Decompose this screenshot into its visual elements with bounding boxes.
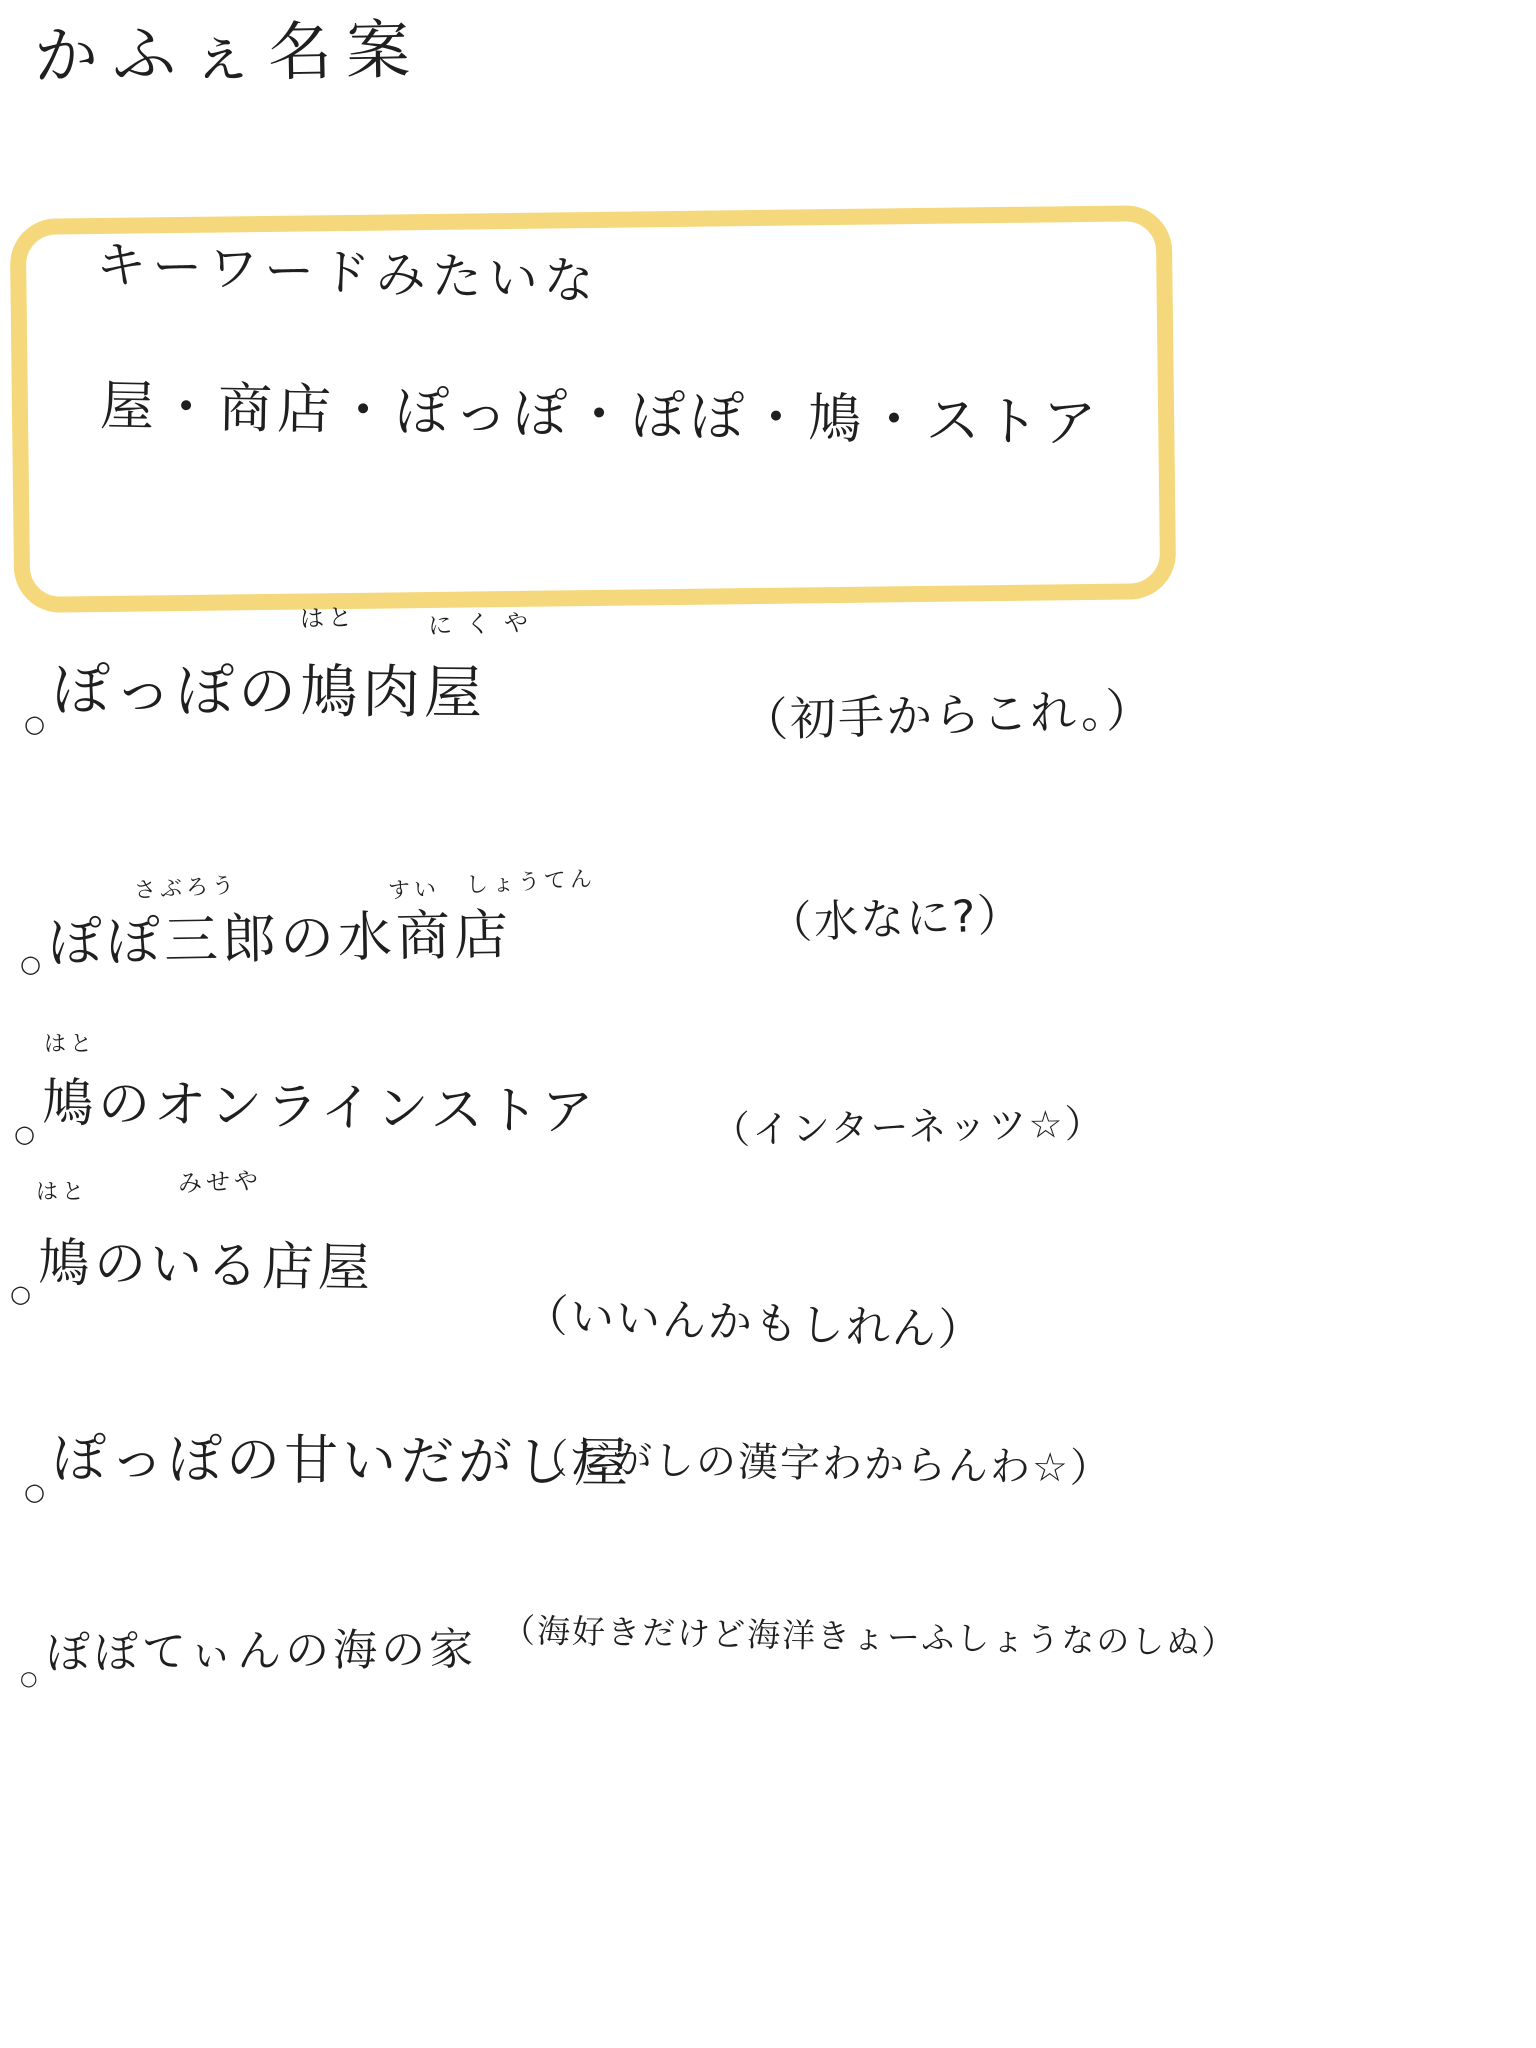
furigana-label: はと <box>300 605 357 631</box>
furigana-label: さぶろう <box>133 875 238 902</box>
furigana-label: はと <box>44 1034 96 1056</box>
handwritten-note-page: かふぇ名案 キーワードみたいな 屋・商店・ぽっぽ・ぽぽ・鳩・ストア はと にくや… <box>0 0 1536 2048</box>
item-note: （いいんかもしれん） <box>523 1294 984 1354</box>
furigana-label: にくや <box>428 610 543 638</box>
item-note: （水なに?） <box>767 894 1024 947</box>
furigana-label: しょうてん <box>466 869 597 898</box>
item-note: （海好きだけど海洋きょーふしょうなのしぬ） <box>502 1614 1237 1660</box>
bullet-icon: ○ <box>24 1480 45 1504</box>
item-main-text: ぽっぽの鳩肉屋 <box>52 660 487 722</box>
item-note: （初手からこれ。） <box>741 687 1154 744</box>
furigana-label: みせや <box>178 1169 263 1196</box>
page-title: かふぇ名案 <box>33 19 424 90</box>
bullet-icon: ○ <box>20 952 41 976</box>
item-main-text: 鳩のいる店屋 <box>38 1237 375 1295</box>
item-note: （インターネッツ☆） <box>712 1105 1105 1150</box>
bullet-icon: ○ <box>24 712 45 736</box>
item-main-text: ぽぽ三郎の水商店 <box>48 908 513 970</box>
furigana-label: はと <box>36 1182 88 1204</box>
bullet-icon: ○ <box>10 1282 31 1306</box>
item-main-text: 鳩のオンラインストア <box>42 1077 598 1139</box>
bullet-icon: ○ <box>14 1122 35 1146</box>
item-main-text: ぽぽてぃんの海の家 <box>46 1628 477 1676</box>
bullet-icon: ○ <box>20 1668 37 1688</box>
item-note: （だがしの漢字わからんわ☆） <box>528 1439 1112 1489</box>
furigana-label: すい <box>388 879 441 903</box>
